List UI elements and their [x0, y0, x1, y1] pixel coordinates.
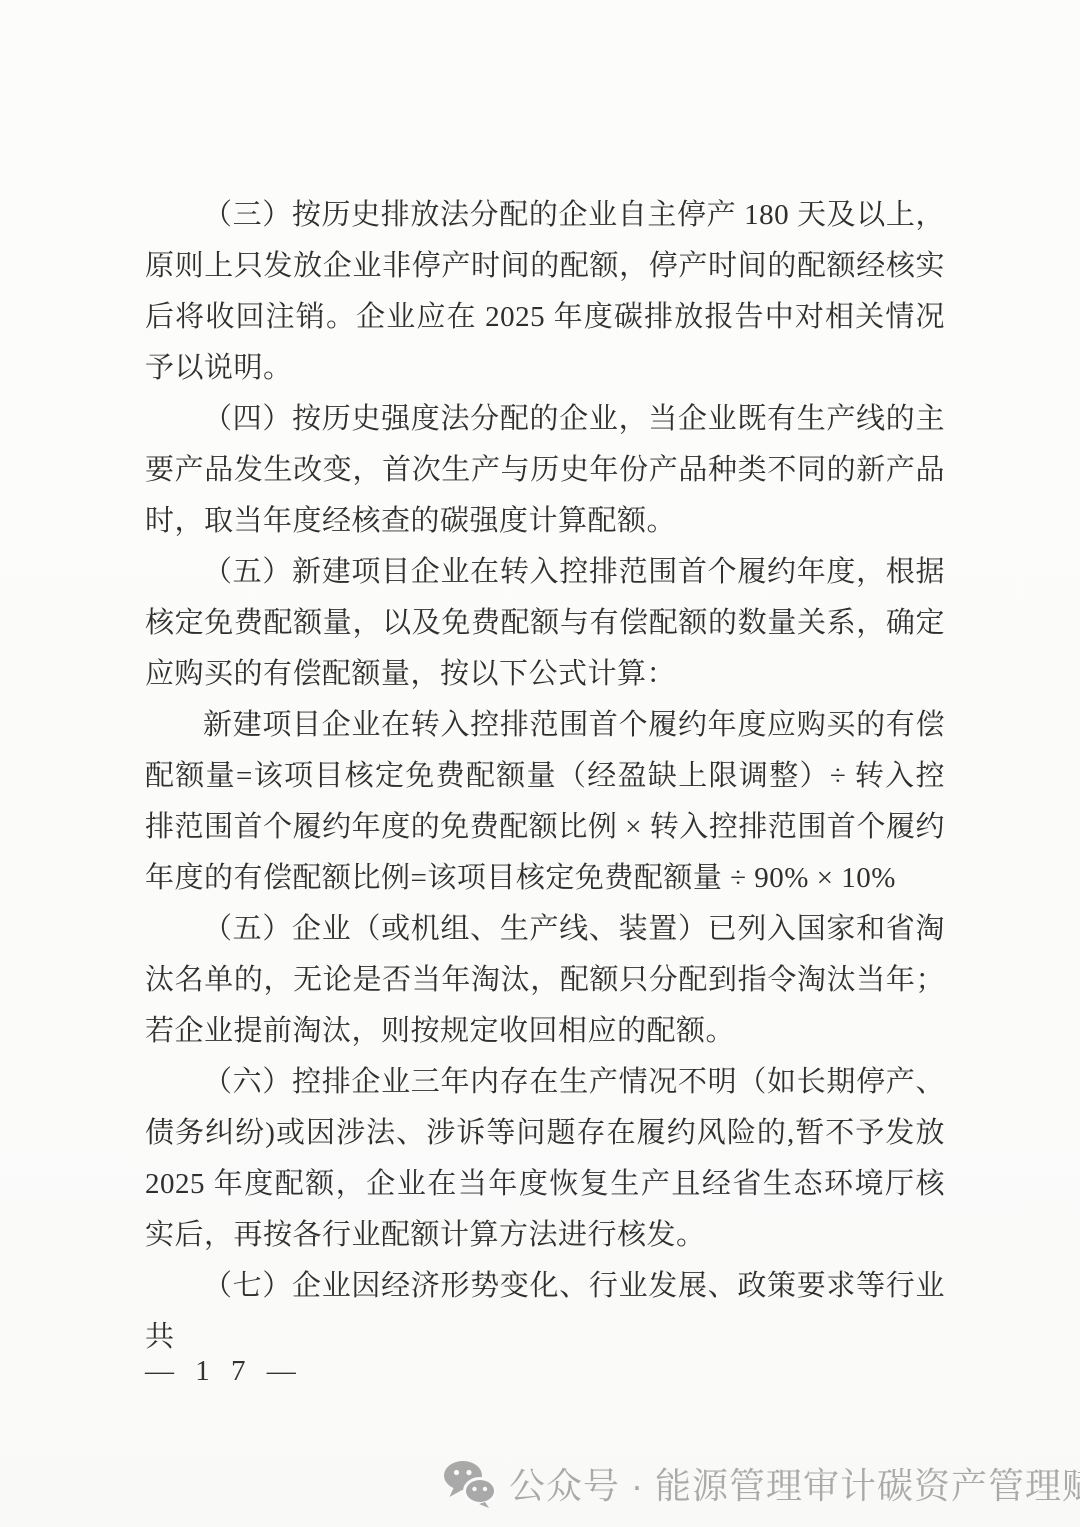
paragraph-item-7: （七）企业因经济形势变化、行业发展、政策要求等行业共 — [145, 1261, 945, 1363]
paragraph-item-5b: （五）企业（或机组、生产线、装置）已列入国家和省淘汰名单的，无论是否当年淘汰，配… — [145, 904, 945, 1057]
document-body: （三）按历史排放法分配的企业自主停产 180 天及以上，原则上只发放企业非停产时… — [145, 190, 945, 1363]
paragraph-item-4: （四）按历史强度法分配的企业，当企业既有生产线的主要产品发生改变，首次生产与历史… — [145, 394, 945, 547]
watermark-footer: 公众号 · 能源管理审计碳资产管理赋能社 — [443, 1458, 1080, 1509]
page-number: — 1 7 — — [145, 1355, 303, 1388]
paragraph-item-6: （六）控排企业三年内存在生产情况不明（如长期停产、债务纠纷)或因涉法、涉诉等问题… — [145, 1057, 945, 1261]
wechat-icon — [443, 1460, 497, 1508]
paragraph-item-3: （三）按历史排放法分配的企业自主停产 180 天及以上，原则上只发放企业非停产时… — [145, 190, 945, 394]
paragraph-item-5a: （五）新建项目企业在转入控排范围首个履约年度，根据核定免费配额量，以及免费配额与… — [145, 547, 945, 700]
watermark-text: 公众号 · 能源管理审计碳资产管理赋能社 — [509, 1458, 1080, 1509]
document-page: （三）按历史排放法分配的企业自主停产 180 天及以上，原则上只发放企业非停产时… — [0, 0, 1080, 1527]
paragraph-formula: 新建项目企业在转入控排范围首个履约年度应购买的有偿配额量=该项目核定免费配额量（… — [145, 700, 945, 904]
